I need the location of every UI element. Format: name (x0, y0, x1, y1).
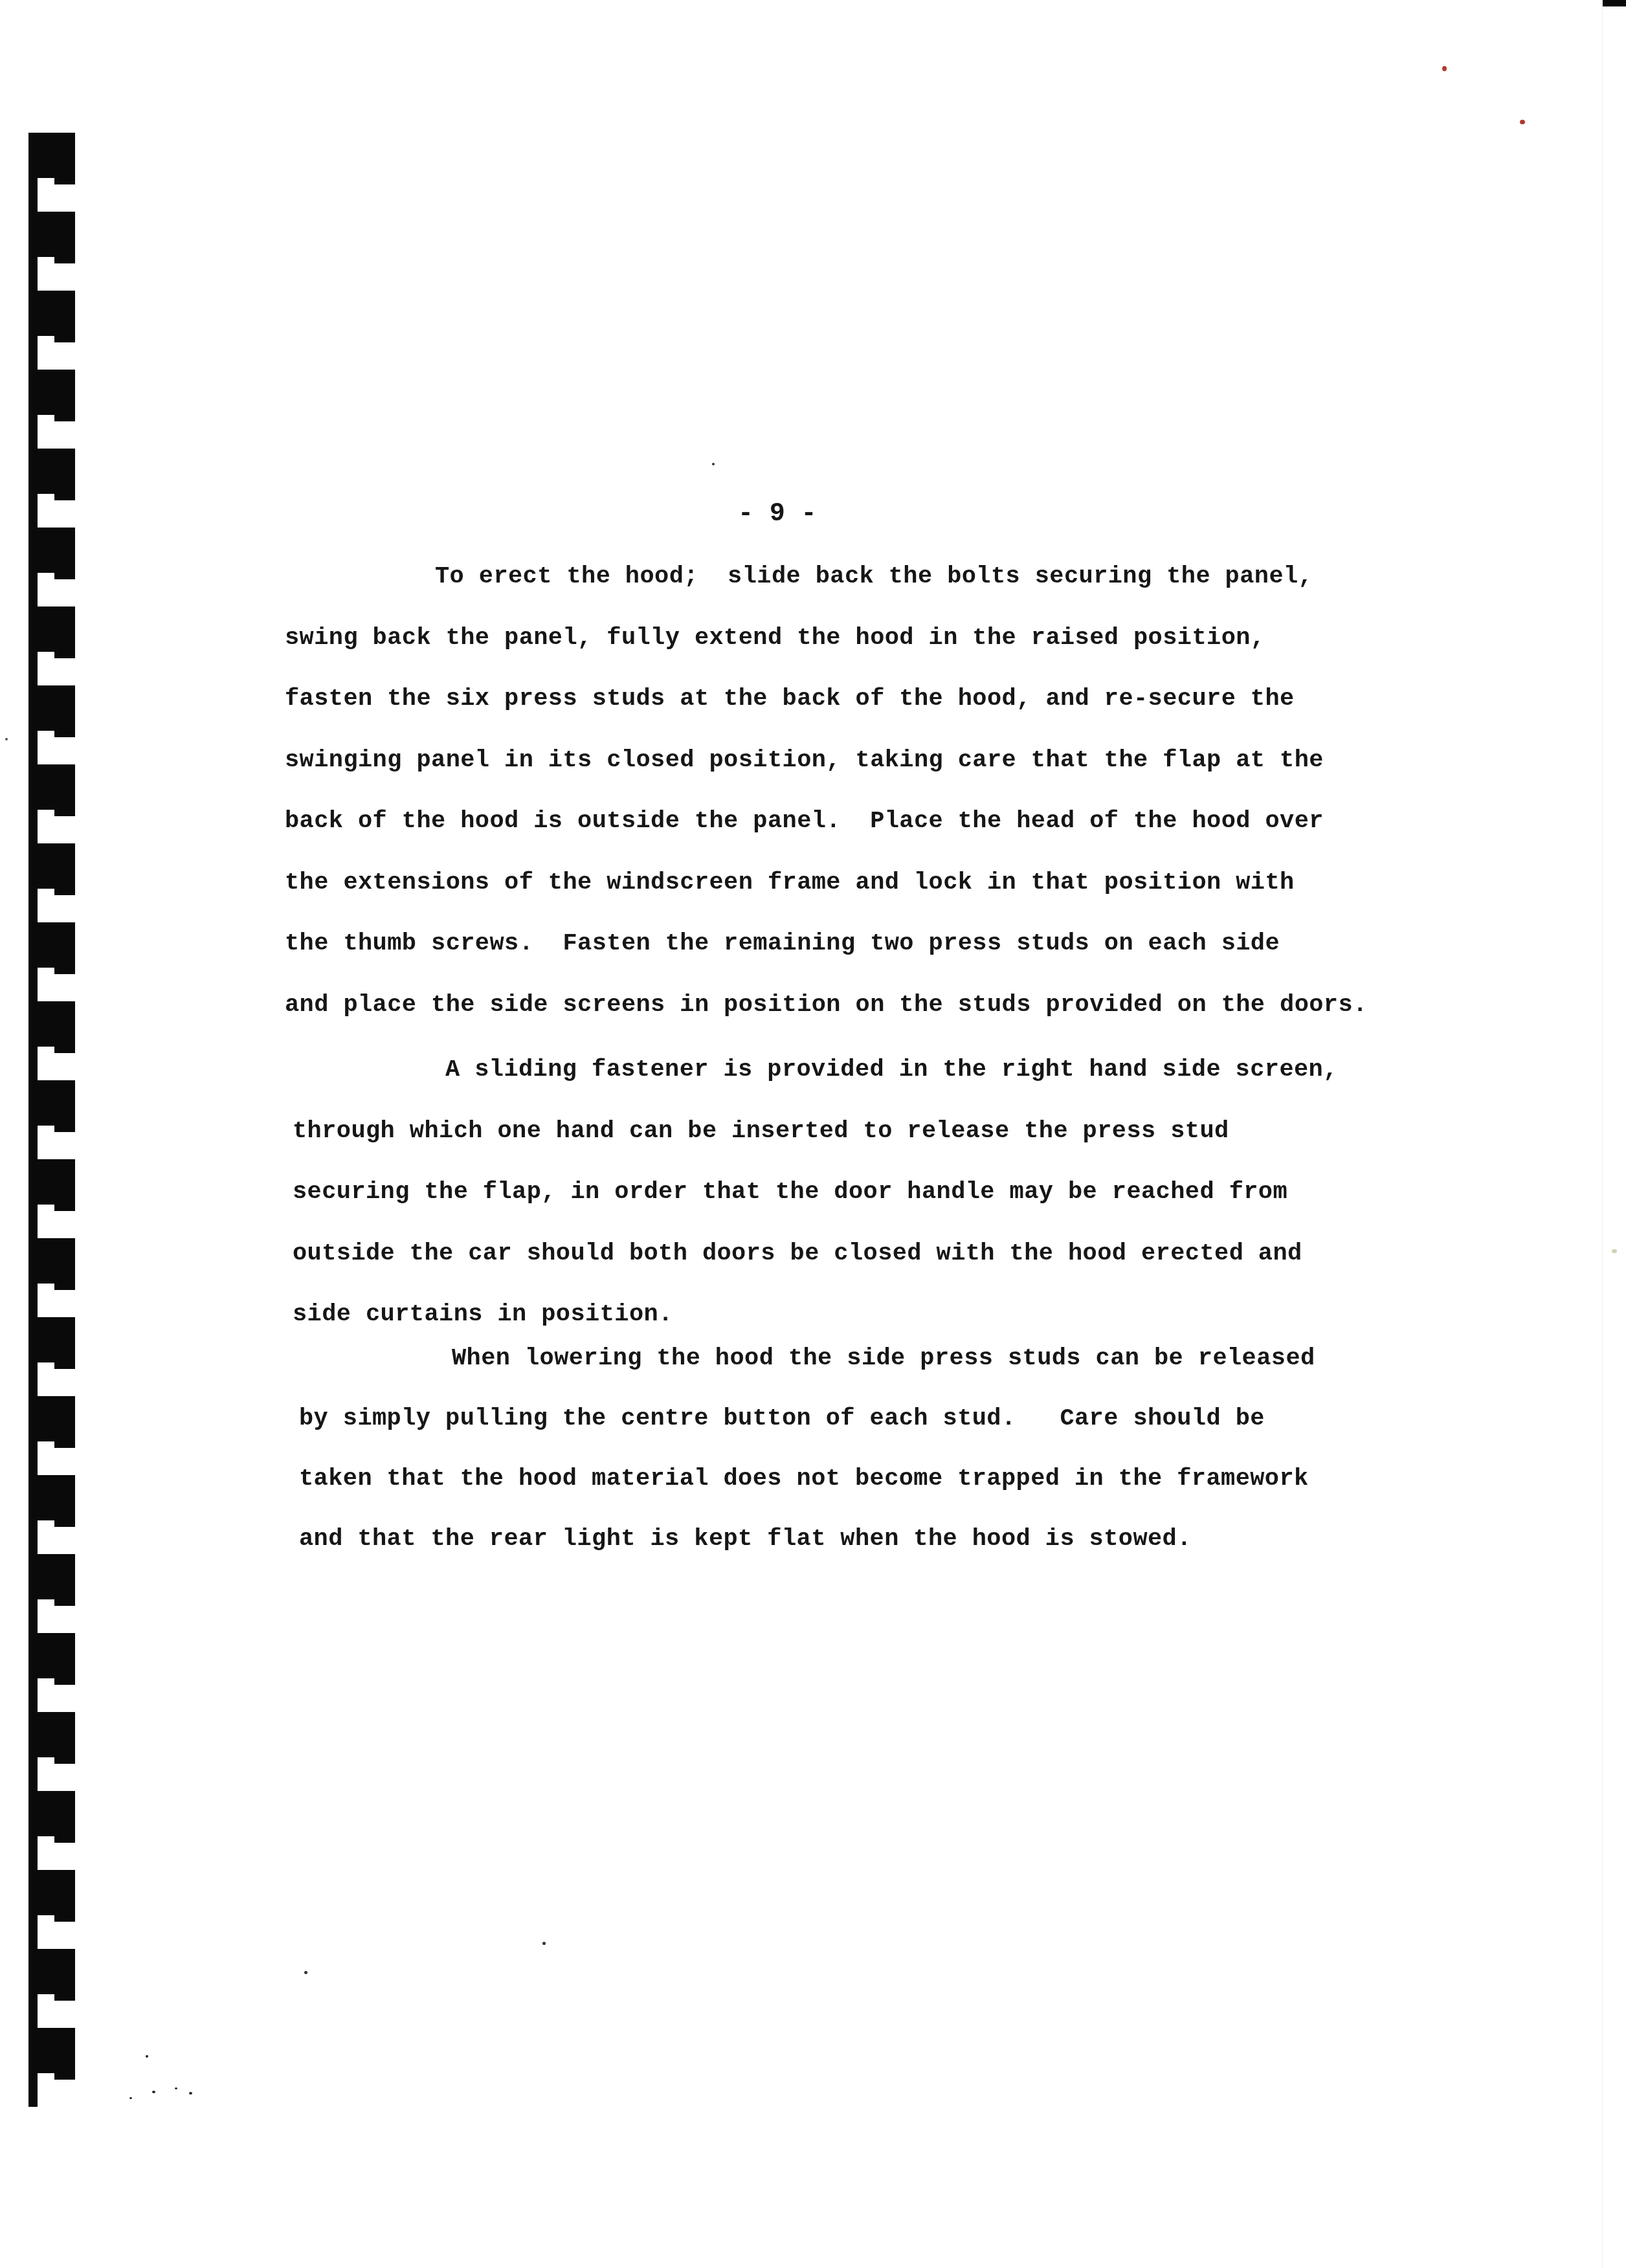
ink-speck (542, 1942, 546, 1945)
text-line: by simply pulling the centre button of e… (299, 1405, 1265, 1432)
binding-tooth (28, 685, 75, 731)
binding-tooth (28, 606, 75, 652)
binding-tooth (28, 1949, 75, 1994)
binding-tooth (28, 528, 75, 573)
page-corner-edge (1603, 0, 1626, 6)
text-line: and that the rear light is kept flat whe… (299, 1526, 1192, 1553)
binding-tooth (28, 1791, 75, 1836)
ink-speck (146, 2055, 148, 2058)
text-line: swing back the panel, fully extend the h… (285, 625, 1265, 652)
ink-speck (175, 2087, 177, 2089)
binding-tooth (28, 1001, 75, 1047)
binding-tooth (28, 291, 75, 336)
ink-speck (304, 1971, 307, 1974)
text-line: the thumb screws. Fasten the remaining t… (285, 930, 1280, 957)
binding-tooth (28, 1396, 75, 1441)
ink-speck (129, 2097, 132, 2099)
ink-speck (5, 738, 8, 740)
scanned-page: - 9 - To erect the hood; slide back the … (0, 0, 1626, 2268)
text-line: securing the flap, in order that the doo… (293, 1179, 1287, 1206)
text-line: To erect the hood; slide back the bolts … (435, 563, 1313, 590)
comb-binding-strip (28, 133, 77, 2107)
text-line: back of the hood is outside the panel. P… (285, 808, 1324, 835)
text-line: side curtains in position. (293, 1301, 673, 1328)
binding-tooth (28, 764, 75, 810)
binding-tooth (28, 212, 75, 257)
red-speck (1520, 120, 1525, 124)
text-line: through which one hand can be inserted t… (293, 1118, 1229, 1145)
page-number: - 9 - (738, 500, 817, 529)
text-line: A sliding fastener is provided in the ri… (445, 1056, 1338, 1084)
ink-speck (1612, 1249, 1617, 1253)
binding-tooth (28, 1080, 75, 1126)
binding-tooth (28, 1633, 75, 1678)
ink-speck (152, 2091, 155, 2093)
binding-tooth (28, 2028, 75, 2073)
text-line: the extensions of the windscreen frame a… (285, 869, 1295, 896)
text-line: taken that the hood material does not be… (299, 1465, 1309, 1493)
text-line: and place the side screens in position o… (285, 992, 1368, 1019)
binding-tooth (28, 449, 75, 494)
binding-tooth (28, 1475, 75, 1520)
binding-tooth (28, 1159, 75, 1205)
binding-tooth (28, 843, 75, 889)
binding-tooth (28, 370, 75, 415)
binding-tooth (28, 1554, 75, 1599)
binding-tooth (28, 1712, 75, 1757)
binding-tooth (28, 922, 75, 968)
text-line: When lowering the hood the side press st… (452, 1345, 1315, 1372)
ink-speck (189, 2092, 192, 2095)
text-line: fasten the six press studs at the back o… (285, 685, 1295, 713)
red-speck (1442, 66, 1447, 71)
binding-tooth (28, 1238, 75, 1284)
binding-tooth (28, 1870, 75, 1915)
text-line: outside the car should both doors be clo… (293, 1240, 1302, 1267)
binding-tooth (28, 133, 75, 178)
page-edge-line (1602, 0, 1603, 2268)
text-line: swinging panel in its closed position, t… (285, 747, 1324, 774)
ink-speck (712, 463, 715, 465)
binding-tooth (28, 1317, 75, 1362)
